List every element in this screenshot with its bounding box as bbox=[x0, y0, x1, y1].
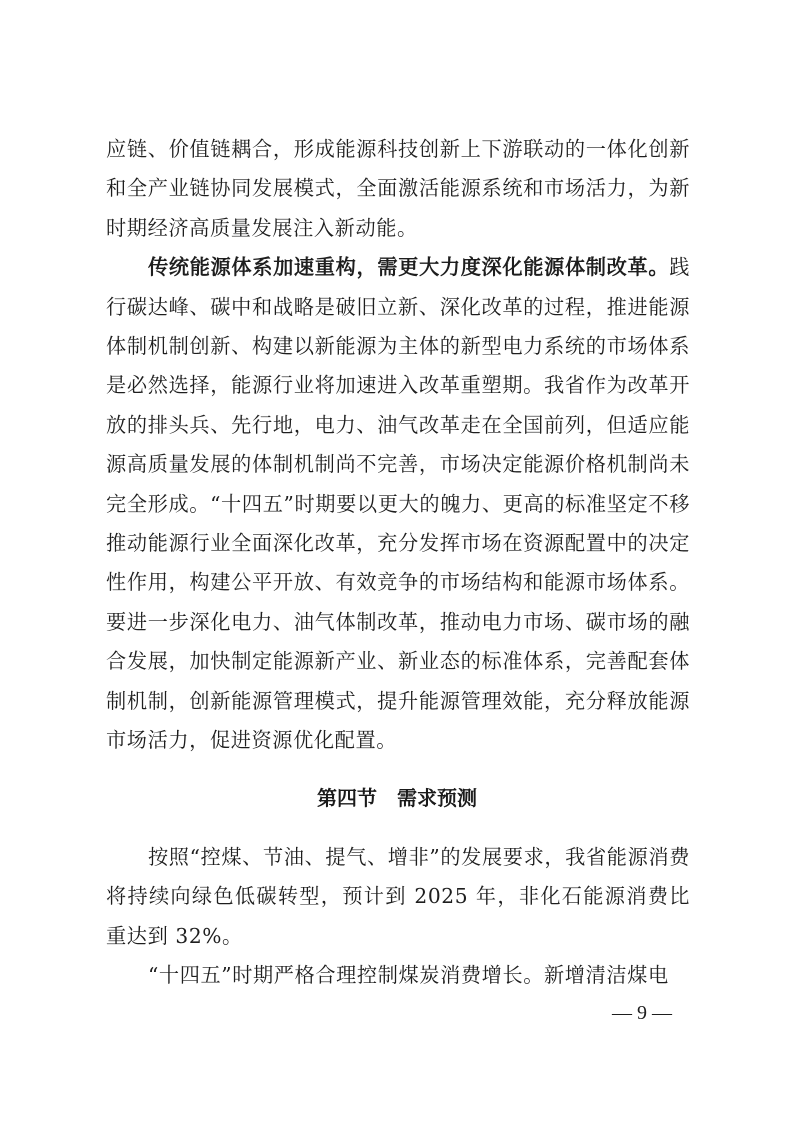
document-page: 应链、价值链耦合，形成能源科技创新上下游联动的一体化创新和全产业链协同发展模式，… bbox=[0, 0, 794, 1123]
paragraph-bold-lead: 传统能源体系加速重构，需更大力度深化能源体制改革。 bbox=[148, 255, 669, 279]
section-heading: 第四节 需求预测 bbox=[0, 783, 794, 813]
paragraph-coal-control: “十四五”时期严格合理控制煤炭消费增长。新增清洁煤电 bbox=[106, 956, 690, 995]
paragraph-continuation: 应链、价值链耦合，形成能源科技创新上下游联动的一体化创新和全产业链协同发展模式，… bbox=[106, 130, 690, 248]
paragraph-demand-forecast: 按照“控煤、节油、提气、增非”的发展要求，我省能源消费将持续向绿色低碳转型，预计… bbox=[106, 838, 690, 956]
body-text-upper: 应链、价值链耦合，形成能源科技创新上下游联动的一体化创新和全产业链协同发展模式，… bbox=[106, 130, 690, 761]
page-number: — 9 — bbox=[612, 998, 672, 1028]
paragraph-energy-reform: 传统能源体系加速重构，需更大力度深化能源体制改革。践行碳达峰、碳中和战略是破旧立… bbox=[106, 248, 690, 760]
body-text-lower: 按照“控煤、节油、提气、增非”的发展要求，我省能源消费将持续向绿色低碳转型，预计… bbox=[106, 838, 690, 996]
paragraph-body: 践行碳达峰、碳中和战略是破旧立新、深化改革的过程，推进能源体制机制创新、构建以新… bbox=[106, 255, 690, 752]
